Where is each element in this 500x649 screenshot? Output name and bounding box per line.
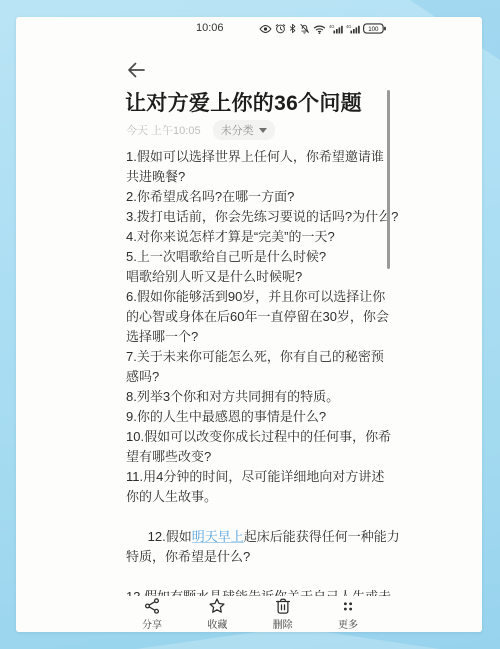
share-label: 分享: [142, 616, 162, 631]
category-selector[interactable]: 未分类: [213, 120, 275, 140]
status-icons: 4G 4G 100: [259, 23, 386, 34]
bottom-toolbar: 分享 收藏 删除: [16, 596, 482, 632]
question: 1.假如可以选择世界上任何人，你希望邀请谁 共进晚餐?: [126, 147, 398, 187]
question: 4.对你来说怎样才算是“完美”的一天?: [126, 227, 398, 247]
signal-sim1-icon: 4G: [329, 24, 343, 34]
back-button[interactable]: [124, 58, 148, 82]
note-meta: 今天 上午10:05 未分类: [126, 120, 275, 140]
delete-label: 删除: [273, 616, 293, 631]
question: 2.你希望成名吗?在哪一方面?: [126, 187, 398, 207]
question: 10.假如可以改变你成长过程中的任何事，你希 望有哪些改变?: [126, 427, 398, 467]
favorite-label: 收藏: [207, 616, 227, 631]
svg-text:4G: 4G: [346, 24, 352, 29]
share-button[interactable]: 分享: [126, 597, 178, 631]
question: 11.用4分钟的时间，尽可能详细地向对方讲述 你的人生故事。: [126, 467, 398, 507]
link-tomorrow-morning[interactable]: 明天早上: [192, 529, 244, 544]
wifi-icon: [313, 24, 326, 34]
question: 7.关于未来你可能怎么死，你有自己的秘密预 感吗?: [126, 347, 398, 387]
more-dots-icon: [339, 597, 357, 615]
more-button[interactable]: 更多: [322, 597, 374, 631]
share-icon: [143, 597, 161, 615]
alarm-icon: [275, 23, 286, 34]
trash-icon: [274, 597, 292, 615]
signal-sim2-icon: 4G: [346, 24, 360, 34]
note-body[interactable]: 1.假如可以选择世界上任何人，你希望邀请谁 共进晚餐? 2.你希望成名吗?在哪一…: [126, 147, 398, 599]
more-label: 更多: [338, 616, 358, 631]
delete-button[interactable]: 删除: [257, 597, 309, 631]
svg-text:4G: 4G: [329, 24, 335, 29]
category-label: 未分类: [221, 122, 254, 138]
bluetooth-icon: [289, 23, 296, 34]
question-text: 12.假如: [148, 529, 192, 544]
question: 8.列举3个你和对方共同拥有的特质。: [126, 387, 398, 407]
note-timestamp: 今天 上午10:05: [126, 122, 201, 138]
question: 9.你的人生中最感恩的事情是什么?: [126, 407, 398, 427]
notes-app-card: 10:06 4G: [16, 17, 482, 632]
scrollbar-thumb[interactable]: [387, 90, 390, 269]
question: 5.上一次唱歌给自己听是什么时候? 唱歌给别人听又是什么时候呢?: [126, 247, 398, 287]
favorite-button[interactable]: 收藏: [191, 597, 243, 631]
svg-text:100: 100: [368, 26, 379, 33]
question: 6.假如你能够活到90岁，并且你可以选择让你 的心智或身体在后60年一直停留在3…: [126, 287, 398, 347]
battery-icon: 100: [363, 23, 386, 34]
question: 3.拨打电话前，你会先练习要说的话吗?为什么?: [126, 207, 398, 227]
note-title[interactable]: 让对方爱上你的36个问题: [125, 87, 405, 117]
question: 12.假如明天早上起床后能获得任何一种能力或 特质，你希望是什么?: [126, 507, 398, 587]
star-icon: [208, 597, 226, 615]
notification-mute-icon: [299, 23, 310, 34]
status-time: 10:06: [196, 22, 224, 34]
eye-comfort-icon: [259, 24, 272, 34]
caret-down-icon: [259, 128, 267, 133]
